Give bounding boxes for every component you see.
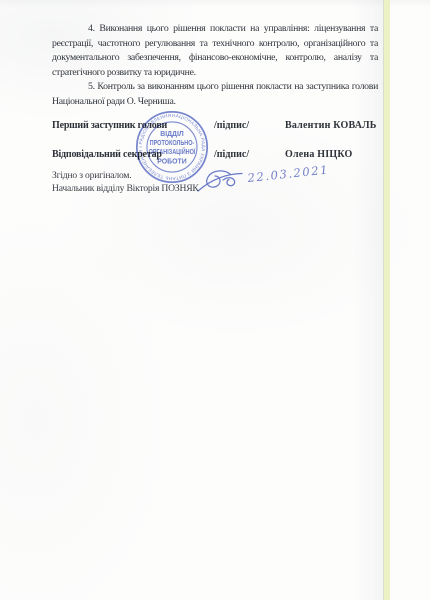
signer-name: Олена НІЦКО	[285, 149, 353, 160]
page-edge-stripe	[383, 0, 390, 600]
stamp-line: ОРГАНІЗАЦІЙНОЇ	[149, 147, 197, 156]
stamp-line: ВІДДІЛ	[160, 131, 184, 138]
handwritten-date: 22.03.2021	[246, 163, 330, 186]
stamp-line: ПРОТОКОЛЬНО-	[150, 140, 195, 147]
handwritten-annotation: 22.03.2021	[190, 160, 340, 202]
stamp-line: РОБОТИ	[157, 158, 186, 165]
scanned-document-page: 4. Виконання цього рішення покласти на у…	[0, 0, 430, 600]
body-paragraph: 4. Виконання цього рішення покласти на у…	[52, 22, 378, 80]
handwritten-signature-flourish	[198, 171, 242, 191]
signer-name: Валентин КОВАЛЬ	[285, 120, 377, 131]
